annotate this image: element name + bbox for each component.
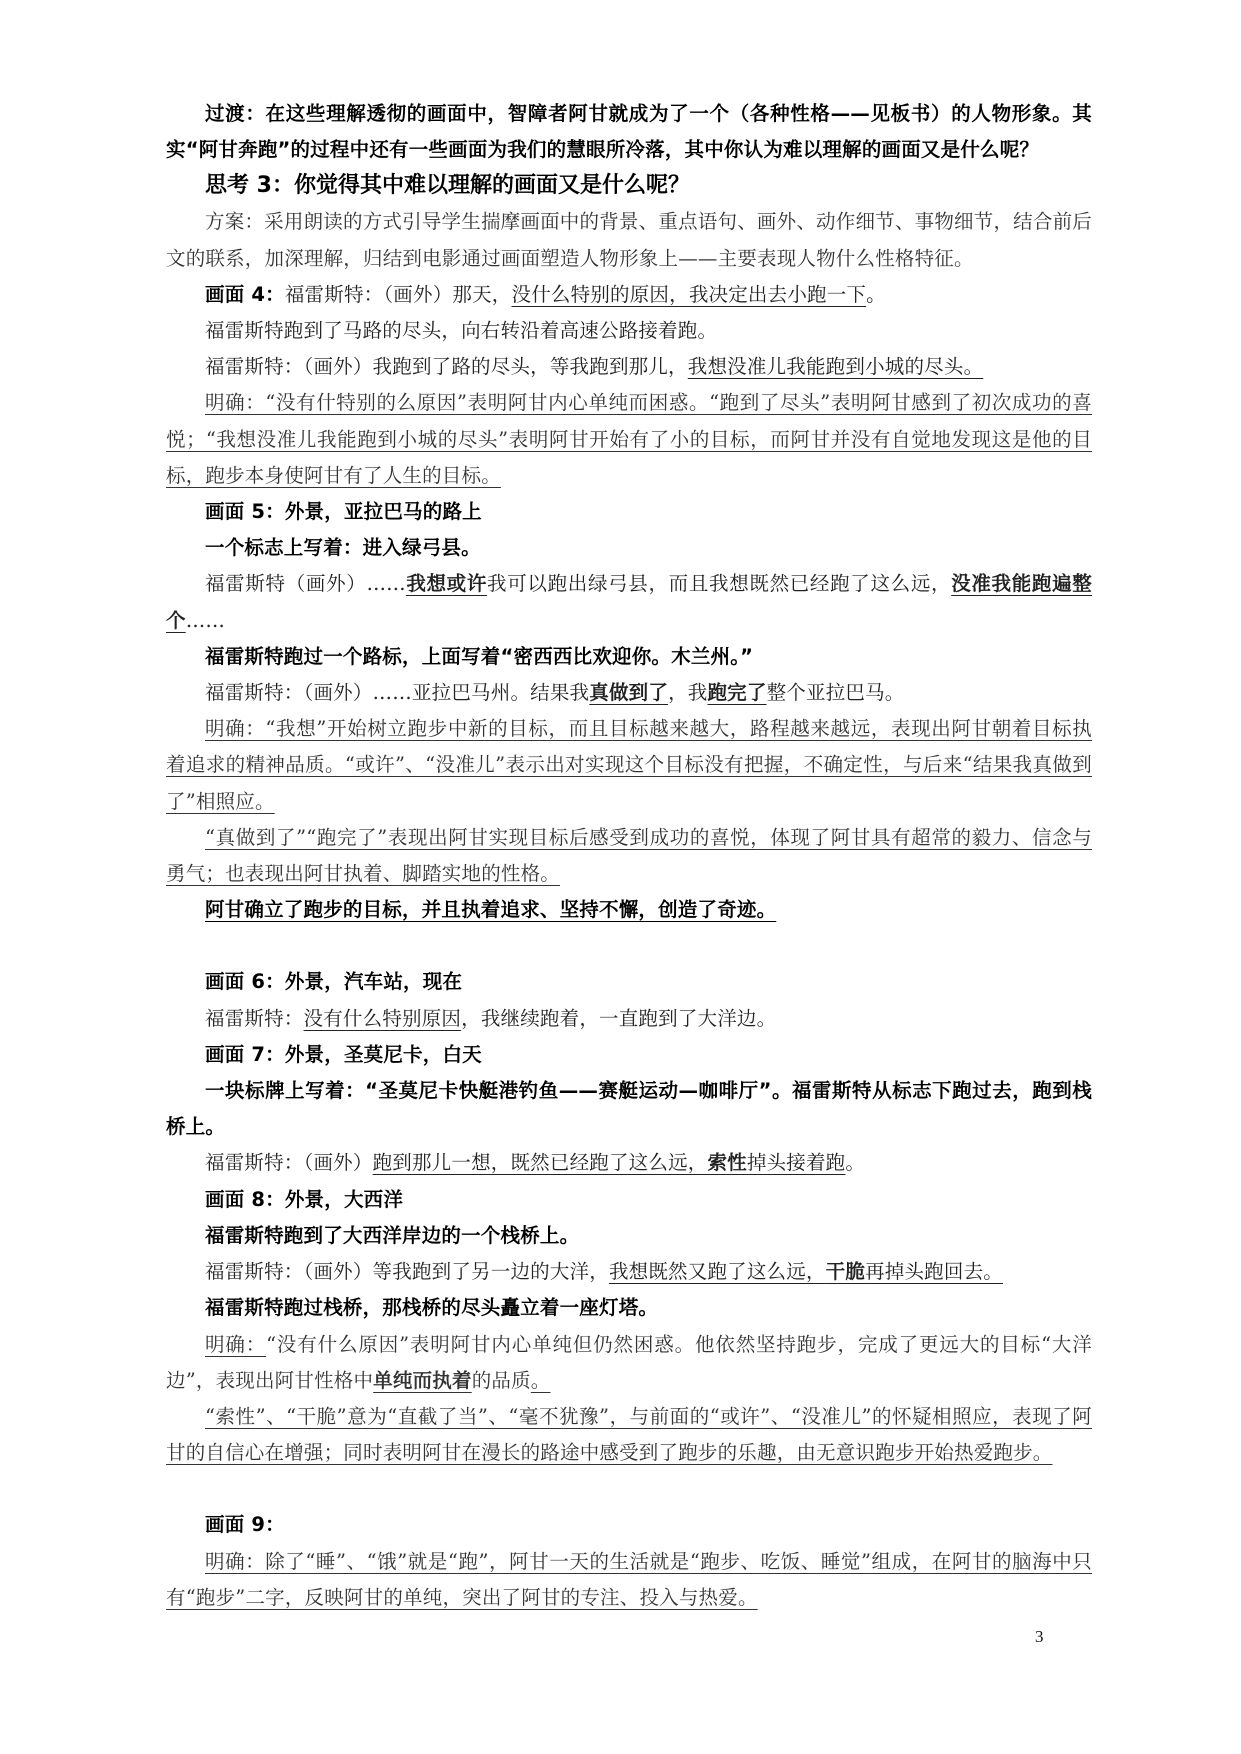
scene-4-punct: 。 [866, 283, 886, 306]
transition-text: 在这些理解透彻的画面中，智障者阿甘就成为了一个（各种性格——见板书）的人物形象。… [166, 102, 1092, 161]
scene-5-keyword-3: 真做到了 [589, 681, 668, 704]
scene-4-line-1: 画面 4：福雷斯特：（画外）那天，没什么特别的原因，我决定出去小跑一下。 [166, 277, 1092, 313]
scene-8-explanation-2: “索性”、“干脆”意为“直截了当”、“毫不犹豫”，与前面的“或许”、“没准儿”的… [166, 1399, 1092, 1471]
scene-4-line-3: 福雷斯特：（画外）我跑到了路的尽头，等我跑到那儿，我想没准儿我能跑到小城的尽头。 [166, 349, 1092, 385]
scene-8-speaker: 福雷斯特：（画外）等我跑到了另一边的大洋， [205, 1260, 609, 1283]
scene-6-key-quote: 没有什么特别原因 [304, 1007, 462, 1030]
plan-text: 采用朗读的方式引导学生揣摩画面中的背景、重点语句、画外、动作细节、事物细节，结合… [166, 210, 1092, 269]
plan-label: 方案： [205, 210, 264, 233]
scene-7-keyword: 索性 [707, 1151, 746, 1174]
scene-4-line-2: 福雷斯特跑到了马路的尽头，向右转沿着高速公路接着跑。 [166, 313, 1092, 349]
scene-8-action-1: 福雷斯特跑到了大西洋岸边的一个栈桥上。 [166, 1218, 1092, 1254]
scene-7-speaker: 福雷斯特：（画外） [205, 1151, 373, 1174]
scene-7-sign: 一块标牌上写着：“圣莫尼卡快艇港钓鱼——赛艇运动—咖啡厅”。福雷斯特从标志下跑过… [166, 1073, 1092, 1145]
scene-8-explanation-1: 明确：“没有什么原因”表明阿甘内心单纯但仍然困惑。他依然坚持跑步，完成了更远大的… [166, 1327, 1092, 1399]
scene-5-mid: 我可以跑出绿弓县，而且我想既然已经跑了这么远， [487, 572, 951, 595]
scene-4-speaker: 福雷斯特：（画外）那天， [285, 283, 512, 306]
scene-8-quote-2: 再掉头跑回去。 [865, 1260, 1003, 1283]
scene-5-speaker-2: 福雷斯特：（画外）……亚拉巴马州。结果我 [205, 681, 589, 704]
spacer-2 [166, 1471, 1092, 1507]
scene-5-keyword-4: 跑完了 [707, 681, 766, 704]
scene-9-explanation: 明确：除了“睡”、“饿”就是“跑”，阿甘一天的生活就是“跑步、吃饭、睡觉”组成，… [166, 1544, 1092, 1616]
scene-5-keyword-1: 我想或许 [406, 572, 487, 595]
transition-paragraph: 过渡：在这些理解透彻的画面中，智障者阿甘就成为了一个（各种性格——见板书）的人物… [166, 96, 1092, 168]
scene-5-line-3: 福雷斯特：（画外）……亚拉巴马州。结果我真做到了，我跑完了整个亚拉巴马。 [166, 675, 1092, 711]
scene-9-title: 画面 9： [166, 1507, 1092, 1543]
scene-5-explanation-1: 明确：“我想”开始树立跑步中新的目标，而且目标越来越大，路程越来越远，表现出阿甘… [166, 711, 1092, 820]
scene-5-speaker: 福雷斯特（画外）…… [205, 572, 406, 595]
scene-5-ellipsis: …… [186, 609, 225, 632]
document-page: 过渡：在这些理解透彻的画面中，智障者阿甘就成为了一个（各种性格——见板书）的人物… [166, 96, 1092, 1616]
scene-6-line: 福雷斯特：没有什么特别原因，我继续跑着，一直跑到了大洋边。 [166, 1001, 1092, 1037]
scene-4-key-quote: 没什么特别的原因，我决定出去小跑一下 [512, 283, 867, 306]
scene-8-title: 画面 8：外景，大西洋 [166, 1182, 1092, 1218]
scene-8-line: 福雷斯特：（画外）等我跑到了另一边的大洋，我想既然又跑了这么远，干脆再掉头跑回去… [166, 1254, 1092, 1290]
scene-5-mid-2: ，我 [668, 681, 707, 704]
scene-5-title: 画面 5：外景，亚拉巴马的路上 [166, 494, 1092, 530]
scene-4-explanation: 明确：“没有什特别的么原因”表明阿甘内心单纯而困惑。“跑到了尽头”表明阿甘感到了… [166, 385, 1092, 494]
scene-5-line-1: 福雷斯特（画外）……我想或许我可以跑出绿弓县，而且我想既然已经跑了这么远，没准我… [166, 566, 1092, 638]
scene-7-punct: 。 [845, 1151, 865, 1174]
transition-label: 过渡： [205, 102, 266, 125]
scene-5-suffix: 整个亚拉巴马。 [767, 681, 905, 704]
scene-8-expl-b: 的品质 [472, 1369, 531, 1392]
scene-7-quote-1: 跑到那儿一想，既然已经跑了这么远， [373, 1151, 708, 1174]
scene-7-line: 福雷斯特：（画外）跑到那儿一想，既然已经跑了这么远，索性掉头接着跑。 [166, 1145, 1092, 1181]
page-number: 3 [1035, 1627, 1044, 1647]
scene-5-sign: 一个标志上写着：进入绿弓县。 [166, 530, 1092, 566]
scene-6-rest: ，我继续跑着，一直跑到了大洋边。 [461, 1007, 776, 1030]
plan-paragraph: 方案：采用朗读的方式引导学生揣摩画面中的背景、重点语句、画外、动作细节、事物细节… [166, 204, 1092, 276]
scene-5-summary: 阿甘确立了跑步的目标，并且执着追求、坚持不懈，创造了奇迹。 [166, 892, 1092, 928]
scene-4-speaker-2: 福雷斯特：（画外）我跑到了路的尽头，等我跑到那儿， [205, 355, 688, 378]
scene-8-keyword: 干脆 [826, 1260, 865, 1283]
scene-6-speaker: 福雷斯特： [205, 1007, 304, 1030]
scene-4-title: 画面 4： [205, 283, 285, 306]
scene-8-label: 明确： [205, 1333, 266, 1356]
scene-8-expl-end: 。 [531, 1369, 551, 1392]
spacer [166, 928, 1092, 964]
scene-8-quote-1: 我想既然又跑了这么远， [609, 1260, 826, 1283]
scene-7-title: 画面 7：外景，圣莫尼卡，白天 [166, 1037, 1092, 1073]
scene-5-explanation-2: “真做到了”“跑完了”表现出阿甘实现目标后感受到成功的喜悦，体现了阿甘具有超常的… [166, 820, 1092, 892]
question-3-heading: 思考 3：你觉得其中难以理解的画面又是什么呢？ [166, 168, 1092, 204]
scene-5-line-2: 福雷斯特跑过一个路标，上面写着“密西西比欢迎你。木兰州。” [166, 639, 1092, 675]
scene-7-quote-2: 掉头接着跑 [747, 1151, 846, 1174]
scene-8-action-2: 福雷斯特跑过栈桥，那栈桥的尽头矗立着一座灯塔。 [166, 1290, 1092, 1326]
scene-6-title: 画面 6：外景，汽车站，现在 [166, 964, 1092, 1000]
scene-8-keyword-2: 单纯而执着 [373, 1369, 472, 1392]
scene-8-expl-a: “没有什么原因”表明阿甘内心单纯但仍然困惑。他依然坚持跑步，完成了更远大的目标“… [166, 1333, 1092, 1392]
scene-4-key-quote-2: 我想没准儿我能跑到小城的尽头。 [688, 355, 984, 378]
